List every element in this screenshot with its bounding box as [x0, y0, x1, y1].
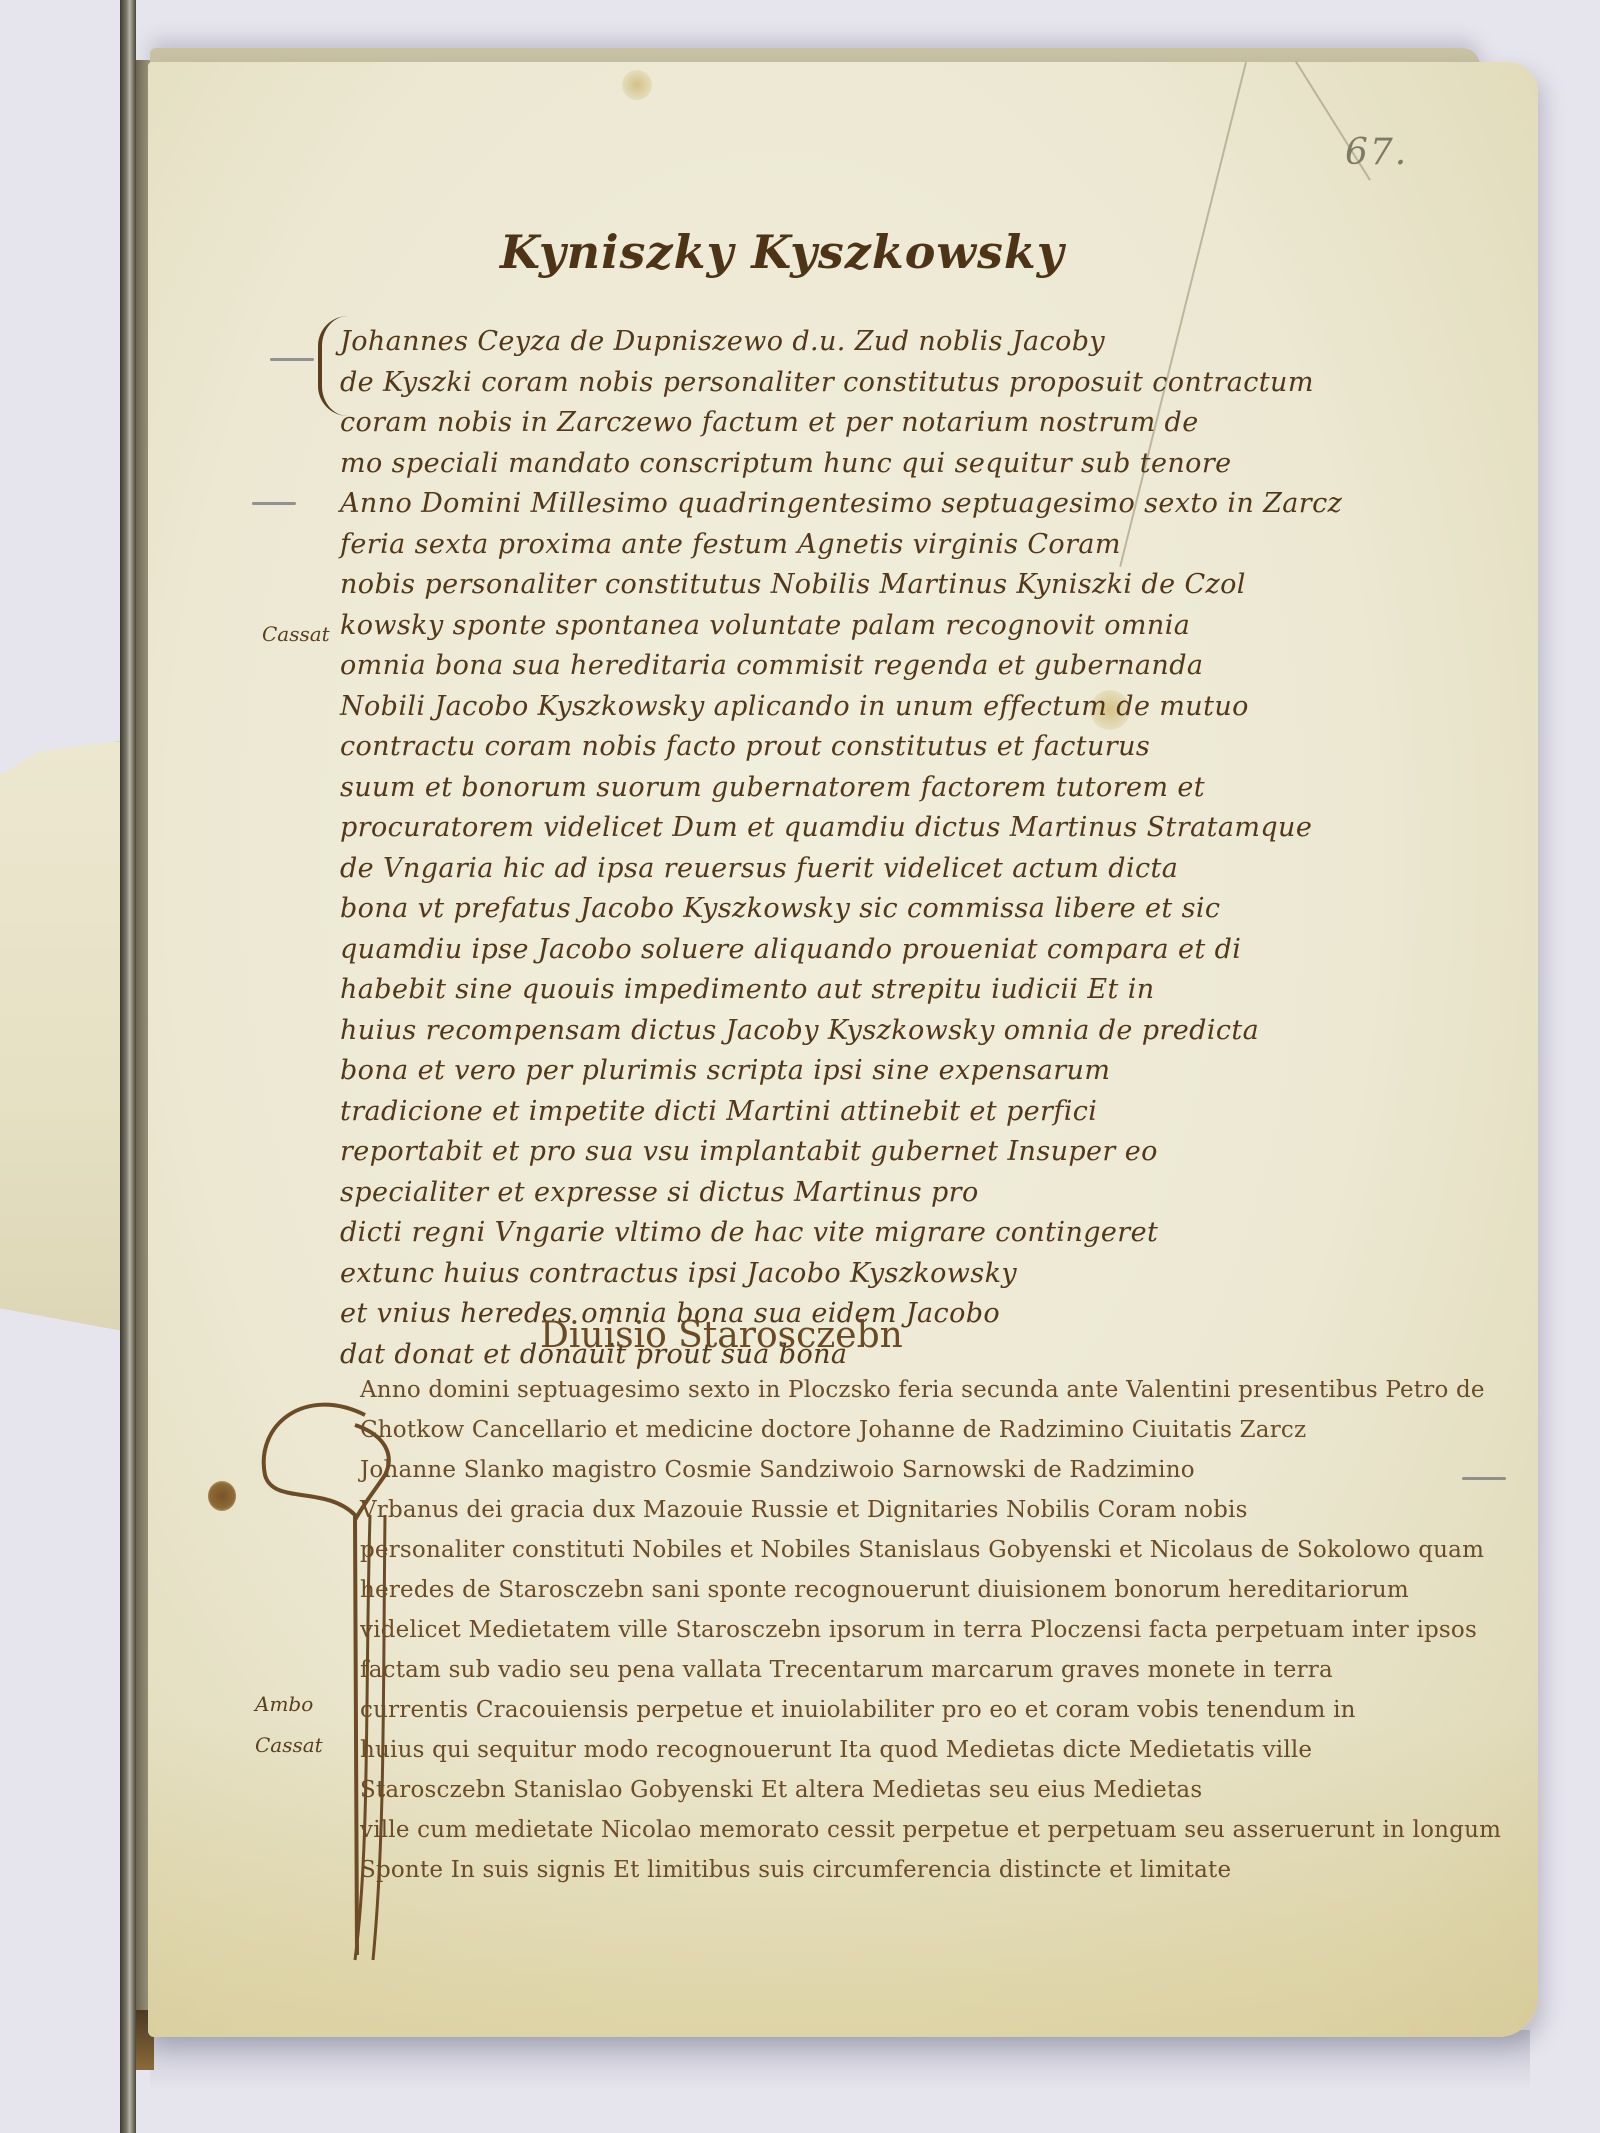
entry-1-text: Johannes Ceyza de Dupniszewo d.u. Zud no… [340, 322, 1342, 1375]
text-line: mo speciali mandato conscriptum hunc qui… [340, 444, 1342, 485]
text-line: tradicione et impetite dicti Martini att… [340, 1092, 1342, 1133]
text-line: Nobili Jacobo Kyszkowsky aplicando in un… [340, 687, 1342, 728]
text-line: Anno domini septuagesimo sexto in Ploczs… [360, 1370, 1501, 1410]
margin-note: Ambo [255, 1692, 313, 1716]
text-line: factam sub vadio seu pena vallata Trecen… [360, 1650, 1501, 1690]
text-line: Johannes Ceyza de Dupniszewo d.u. Zud no… [340, 322, 1342, 363]
entry-2-text: Anno domini septuagesimo sexto in Ploczs… [360, 1370, 1501, 1890]
text-line: bona et vero per plurimis scripta ipsi s… [340, 1051, 1342, 1092]
text-line: Starosczebn Stanislao Gobyenski Et alter… [360, 1770, 1501, 1810]
text-line: extunc huius contractus ipsi Jacobo Kysz… [340, 1254, 1342, 1295]
margin-mark [270, 358, 314, 361]
text-line: kowsky sponte spontanea voluntate palam … [340, 606, 1342, 647]
text-line: coram nobis in Zarczewo factum et per no… [340, 403, 1342, 444]
text-line: quamdiu ipse Jacobo soluere aliquando pr… [340, 930, 1342, 971]
entry-heading: Kyniszky Kyszkowsky [500, 225, 1065, 279]
text-line: feria sexta proxima ante festum Agnetis … [340, 525, 1342, 566]
text-line: videlicet Medietatem ville Starosczebn i… [360, 1610, 1501, 1650]
entry-heading: Diuisio Starosczebn [540, 1315, 903, 1356]
folio-number: 67. [1345, 132, 1408, 173]
text-line: huius recompensam dictus Jacoby Kyszkows… [340, 1011, 1342, 1052]
text-line: procuratorem videlicet Dum et quamdiu di… [340, 808, 1342, 849]
text-line: omnia bona sua hereditaria commisit rege… [340, 646, 1342, 687]
text-line: de Kyszki coram nobis personaliter const… [340, 363, 1342, 404]
text-line: heredes de Starosczebn sani sponte recog… [360, 1570, 1501, 1610]
page-shadow [150, 2030, 1530, 2090]
text-line: contractu coram nobis facto prout consti… [340, 727, 1342, 768]
text-line: de Vngaria hic ad ipsa reuersus fuerit v… [340, 849, 1342, 890]
text-line: suum et bonorum suorum gubernatorem fact… [340, 768, 1342, 809]
text-line: Chotkow Cancellario et medicine doctore … [360, 1410, 1501, 1450]
text-line: habebit sine quouis impedimento aut stre… [340, 970, 1342, 1011]
text-line: Anno Domini Millesimo quadringentesimo s… [340, 484, 1342, 525]
text-line: reportabit et pro sua vsu implantabit gu… [340, 1132, 1342, 1173]
text-line: nobis personaliter constitutus Nobilis M… [340, 565, 1342, 606]
margin-mark [252, 502, 296, 505]
text-line: Johanne Slanko magistro Cosmie Sandziwoi… [360, 1450, 1501, 1490]
text-line: huius qui sequitur modo recognouerunt It… [360, 1730, 1501, 1770]
text-line: Sponte In suis signis Et limitibus suis … [360, 1850, 1501, 1890]
text-line: personaliter constituti Nobiles et Nobil… [360, 1530, 1501, 1570]
margin-note: Cassat [262, 622, 330, 646]
stain [622, 70, 652, 100]
inserted-paper-slip [0, 740, 128, 1332]
book-spine [120, 0, 136, 2133]
text-line: bona vt prefatus Jacobo Kyszkowsky sic c… [340, 889, 1342, 930]
ink-blot [208, 1481, 236, 1511]
text-line: Vrbanus dei gracia dux Mazouie Russie et… [360, 1490, 1501, 1530]
margin-note: Cassat [255, 1733, 323, 1757]
text-line: specialiter et expresse si dictus Martin… [340, 1173, 1342, 1214]
text-line: dicti regni Vngarie vltimo de hac vite m… [340, 1213, 1342, 1254]
text-line: ville cum medietate Nicolao memorato ces… [360, 1810, 1501, 1850]
text-line: currentis Cracouiensis perpetue et inuio… [360, 1690, 1501, 1730]
